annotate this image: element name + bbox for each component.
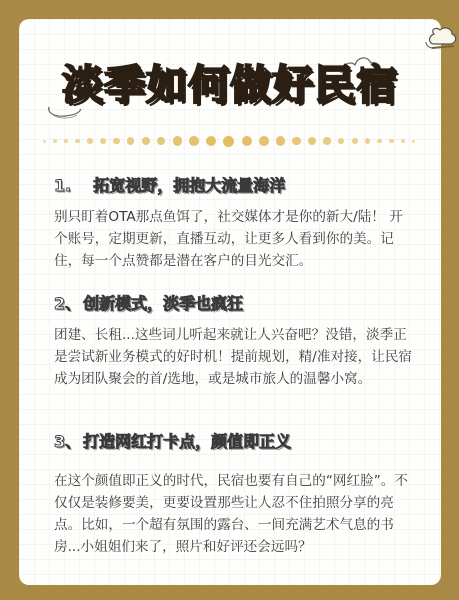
section-number: 2、	[54, 294, 81, 313]
dot	[276, 136, 285, 145]
dot	[308, 137, 316, 145]
dot	[242, 136, 252, 146]
section-heading: 1.拓宽视野，拥抱大流量海洋	[54, 173, 414, 196]
section-body: 团建、长租...这些词儿听起来就让人兴奋吧？没错，淡季正是尝试新业务模式的好时机…	[54, 324, 414, 390]
section-title: 创新模式，淡季也疯狂	[83, 294, 243, 313]
dot	[127, 137, 134, 144]
page-title: 淡季如何做好民宿	[19, 61, 441, 109]
section-3: 3、打造网红打卡点，颜值即正义 在这个颜值即正义的时代，民宿也要有自己的“网红脸…	[54, 429, 414, 558]
section-body: 在这个颜值即正义的时代，民宿也要有自己的“网红脸”。不仅仅是装修要美，更要设置那…	[54, 470, 414, 558]
dot	[43, 140, 46, 143]
dot	[259, 136, 269, 146]
section-title: 打造网红打卡点，颜值即正义	[83, 432, 291, 451]
dot	[338, 138, 345, 145]
dot	[157, 137, 166, 146]
dot	[113, 138, 120, 145]
dot	[173, 136, 182, 145]
cloud-icon	[424, 26, 458, 54]
section-number: 1.	[54, 176, 71, 195]
dot	[389, 139, 393, 143]
dot	[323, 137, 330, 144]
dot	[189, 136, 199, 146]
section-number: 3、	[54, 432, 81, 451]
dot	[292, 137, 301, 146]
section-heading: 2、创新模式，淡季也疯狂	[54, 291, 414, 314]
section-1: 1.拓宽视野，拥抱大流量海洋 别只盯着OTA那点鱼饵了，社交媒体才是你的新大/陆…	[54, 173, 414, 272]
dot	[223, 136, 234, 147]
dot	[377, 139, 382, 144]
poster-card: 淡季如何做好民宿 1.拓宽视野，拥抱大流量海洋 别只盯着OTA那点鱼饵了，社交媒…	[19, 19, 441, 585]
dot	[206, 136, 216, 146]
dot	[100, 138, 106, 144]
dot	[75, 139, 80, 144]
section-title: 拓宽视野，拥抱大流量海洋	[93, 176, 285, 195]
dot	[53, 139, 57, 143]
section-body: 别只盯着OTA那点鱼饵了，社交媒体才是你的新大/陆！ 开个账号，定期更新，直播互…	[54, 206, 414, 272]
dot	[142, 137, 150, 145]
dot	[365, 138, 370, 143]
dot	[64, 139, 68, 143]
dot	[87, 138, 92, 143]
section-heading: 3、打造网红打卡点，颜值即正义	[54, 429, 414, 452]
section-2: 2、创新模式，淡季也疯狂 团建、长租...这些词儿听起来就让人兴奋吧？没错，淡季…	[54, 291, 414, 390]
dot	[412, 140, 415, 143]
dot	[401, 139, 405, 143]
dot-divider	[43, 135, 415, 147]
dot	[352, 138, 358, 144]
